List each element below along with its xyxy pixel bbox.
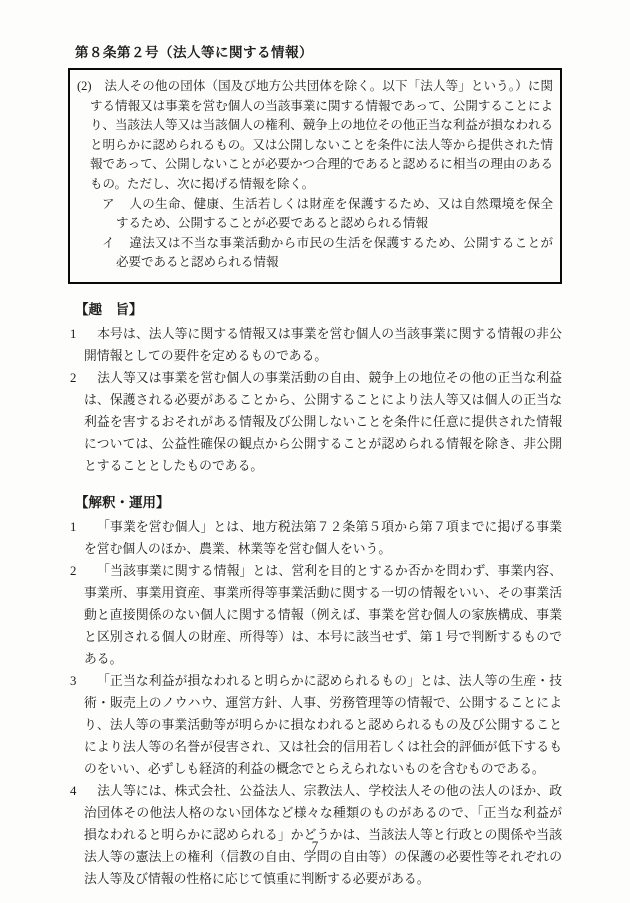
purpose-heading: 【趣 旨】 xyxy=(75,299,562,321)
sub-item-text: 人の生命、健康、生活若しくは財産を保護するため、又は自然環境を保全するため、公開… xyxy=(116,197,553,231)
item-number: 1 xyxy=(70,516,97,538)
sub-item-label: ア xyxy=(102,195,129,215)
page-content: 第８条第２号（法人等に関する情報） (2) 法人その他の団体（国及び地方公共団体… xyxy=(68,44,562,890)
item-number: 4 xyxy=(70,780,97,802)
sub-item-label: イ xyxy=(102,234,129,254)
article-title: 第８条第２号（法人等に関する情報） xyxy=(75,44,562,62)
list-item: 2「当該事業に関する情報」とは、営利を目的とするか否かを問わず、事業内容、事業所… xyxy=(70,560,562,670)
list-item: 1本号は、法人等に関する情報又は事業を営む個人の当該事業に関する情報の非公開情報… xyxy=(70,323,562,367)
document-page: 第８条第２号（法人等に関する情報） (2) 法人その他の団体（国及び地方公共団体… xyxy=(0,0,630,903)
item-text: 「当該事業に関する情報」とは、営利を目的とするか否かを問わず、事業内容、事業所、… xyxy=(84,564,562,666)
item-number: 2 xyxy=(70,367,97,389)
item-number: 2 xyxy=(70,560,97,582)
item-number: 3 xyxy=(70,670,97,692)
item-number: 1 xyxy=(70,323,97,345)
list-item: 3「正当な利益が損なわれると明らかに認められるもの」とは、法人等の生産・技術・販… xyxy=(70,670,562,780)
item-text: 法人等又は事業を営む個人の事業活動の自由、競争上の地位その他の正当な利益は、保護… xyxy=(84,371,562,473)
article-sub-item-a: ア人の生命、健康、生活若しくは財産を保護するため、又は自然環境を保全するため、公… xyxy=(77,195,553,234)
interpretation-heading: 【解釈・運用】 xyxy=(75,492,562,514)
list-item: 2法人等又は事業を営む個人の事業活動の自由、競争上の地位その他の正当な利益は、保… xyxy=(70,367,562,477)
item-text: 法人等には、株式会社、公益法人、宗教法人、学校法人その他の法人のほか、政治団体そ… xyxy=(84,784,562,886)
purpose-section: 【趣 旨】 1本号は、法人等に関する情報又は事業を営む個人の当該事業に関する情報… xyxy=(68,299,562,477)
item-text: 「正当な利益が損なわれると明らかに認められるもの」とは、法人等の生産・技術・販売… xyxy=(84,674,562,776)
list-item: 1「事業を営む個人」とは、地方税法第７２条第５項から第７項までに掲げる事業を営む… xyxy=(70,516,562,560)
sub-item-text: 違法又は不当な事業活動から市民の生活を保護するため、公開することが必要であると認… xyxy=(116,236,553,270)
list-item: 4法人等には、株式会社、公益法人、宗教法人、学校法人その他の法人のほか、政治団体… xyxy=(70,780,562,890)
article-sub-item-i: イ違法又は不当な事業活動から市民の生活を保護するため、公開することが必要であると… xyxy=(77,234,553,273)
item-text: 本号は、法人等に関する情報又は事業を営む個人の当該事業に関する情報の非公開情報と… xyxy=(84,327,562,363)
interpretation-section: 【解釈・運用】 1「事業を営む個人」とは、地方税法第７２条第５項から第７項までに… xyxy=(68,492,562,890)
item-text: 「事業を営む個人」とは、地方税法第７２条第５項から第７項までに掲げる事業を営む個… xyxy=(84,520,562,556)
article-text-box: (2) 法人その他の団体（国及び地方公共団体を除く。以下「法人等」という。）に関… xyxy=(68,68,562,284)
page-number: 7 xyxy=(0,838,630,854)
article-main-paragraph: (2) 法人その他の団体（国及び地方公共団体を除く。以下「法人等」という。）に関… xyxy=(77,77,553,195)
